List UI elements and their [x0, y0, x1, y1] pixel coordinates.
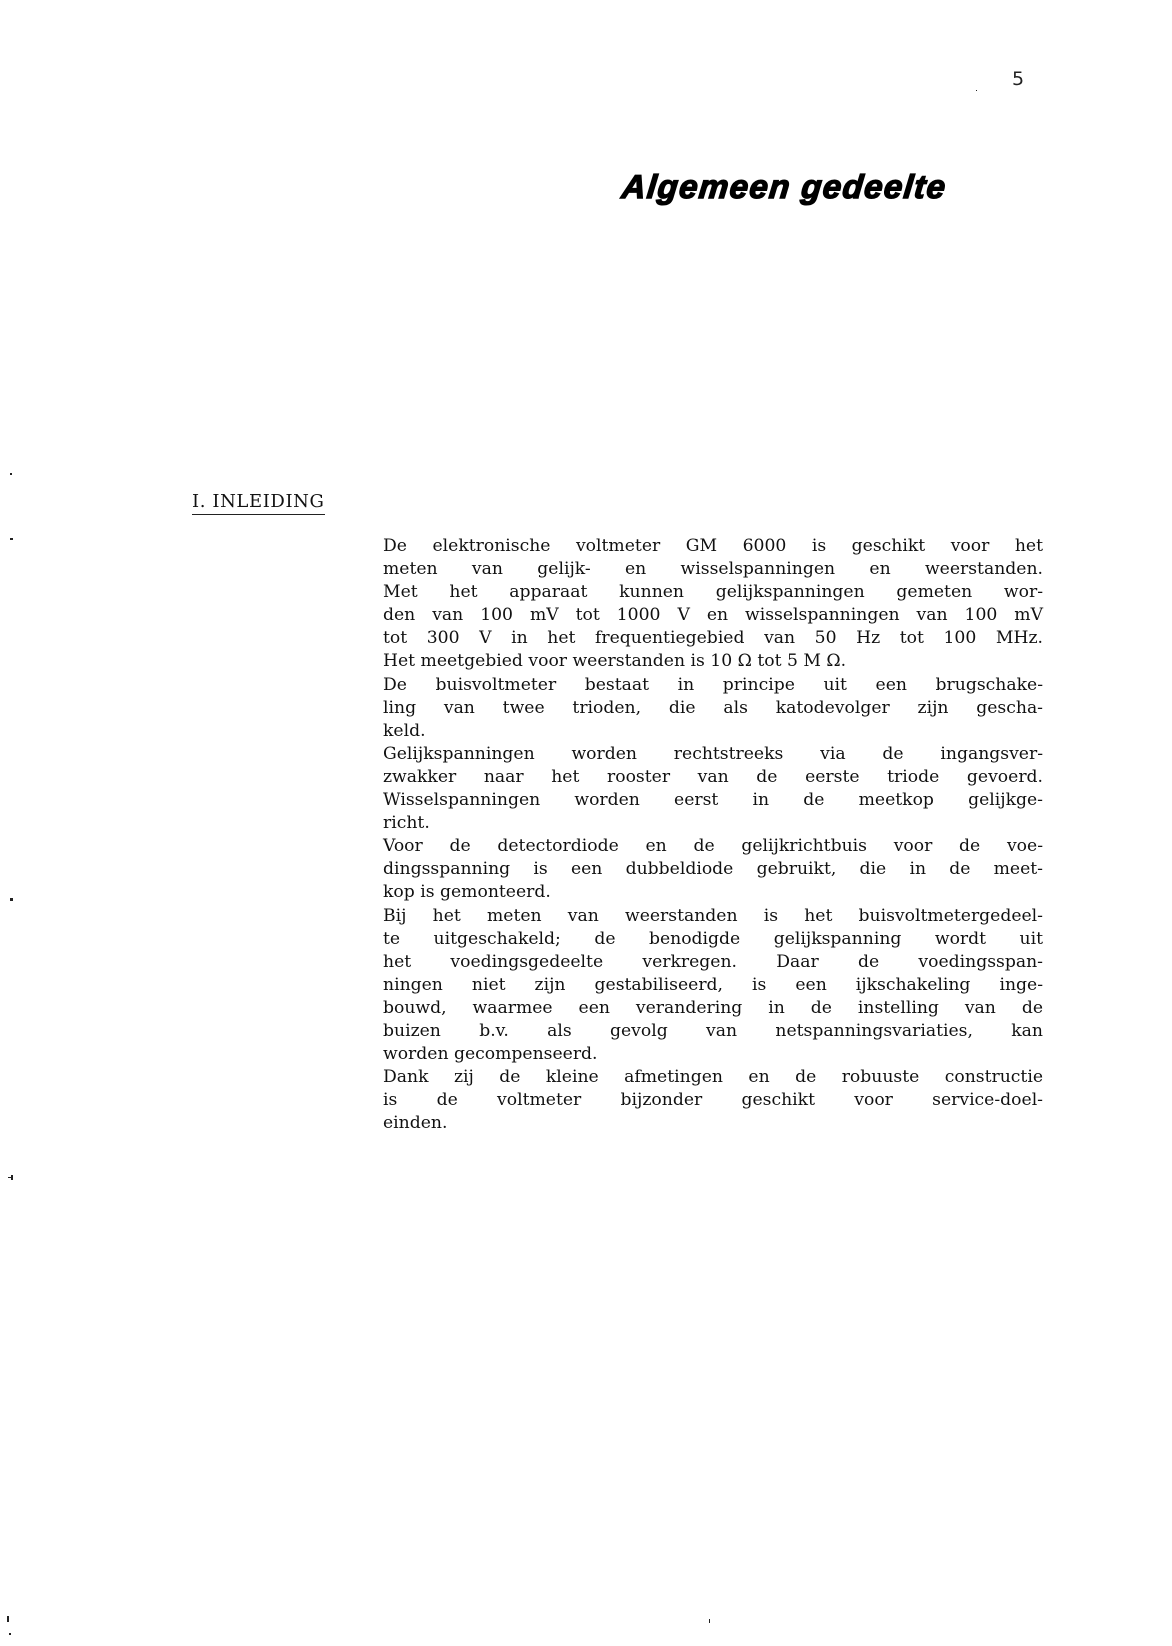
body-line: Het meetgebied voor weerstanden is 10 Ω … [383, 650, 1043, 673]
body-line: einden. [383, 1112, 1043, 1135]
body-line: Met het apparaat kunnen gelijkspanningen… [383, 581, 1043, 604]
body-line: Voor de detectordiode en de gelijkrichtb… [383, 835, 1043, 858]
body-line: Gelijkspanningen worden rechtstreeks via… [383, 743, 1043, 766]
section-body: De elektronische voltmeter GM 6000 is ge… [383, 535, 1043, 1135]
body-line: richt. [383, 812, 1043, 835]
body-line: ningen niet zijn gestabiliseerd, is een … [383, 974, 1043, 997]
scan-speck [8, 1177, 12, 1178]
body-line: het voedingsgedeelte verkregen. Daar de … [383, 951, 1043, 974]
scan-speck [709, 1619, 710, 1623]
body-line: buizen b.v. als gevolg van netspanningsv… [383, 1020, 1043, 1043]
scan-speck [9, 1633, 11, 1635]
body-line: bouwd, waarmee een verandering in de ins… [383, 997, 1043, 1020]
body-line: zwakker naar het rooster van de eerste t… [383, 766, 1043, 789]
body-line: Bij het meten van weerstanden is het bui… [383, 905, 1043, 928]
body-line: Wisselspanningen worden eerst in de meet… [383, 789, 1043, 812]
body-line: kop is gemonteerd. [383, 881, 1043, 904]
body-line: Dank zij de kleine afmetingen en de robu… [383, 1066, 1043, 1089]
body-line: is de voltmeter bijzonder geschikt voor … [383, 1089, 1043, 1112]
page-number: 5 [1012, 68, 1024, 90]
section-heading: I. INLEIDING [192, 491, 325, 515]
body-line: De elektronische voltmeter GM 6000 is ge… [383, 535, 1043, 558]
body-line: De buisvoltmeter bestaat in principe uit… [383, 674, 1043, 697]
body-line: dingsspanning is een dubbeldiode gebruik… [383, 858, 1043, 881]
chapter-title: Algemeen gedeelte [620, 168, 949, 206]
body-line: worden gecompenseerd. [383, 1043, 1043, 1066]
body-line: keld. [383, 720, 1043, 743]
body-line: den van 100 mV tot 1000 V en wisselspann… [383, 604, 1043, 627]
body-line: meten van gelijk- en wisselspanningen en… [383, 558, 1043, 581]
body-line: te uitgeschakeld; de benodigde gelijkspa… [383, 928, 1043, 951]
scan-speck [976, 90, 977, 91]
scan-speck [10, 538, 13, 540]
scan-speck [7, 1616, 9, 1622]
body-line: tot 300 V in het frequentiegebied van 50… [383, 627, 1043, 650]
scan-speck [10, 898, 13, 901]
scan-speck [10, 473, 12, 475]
body-line: ling van twee trioden, die als katodevol… [383, 697, 1043, 720]
